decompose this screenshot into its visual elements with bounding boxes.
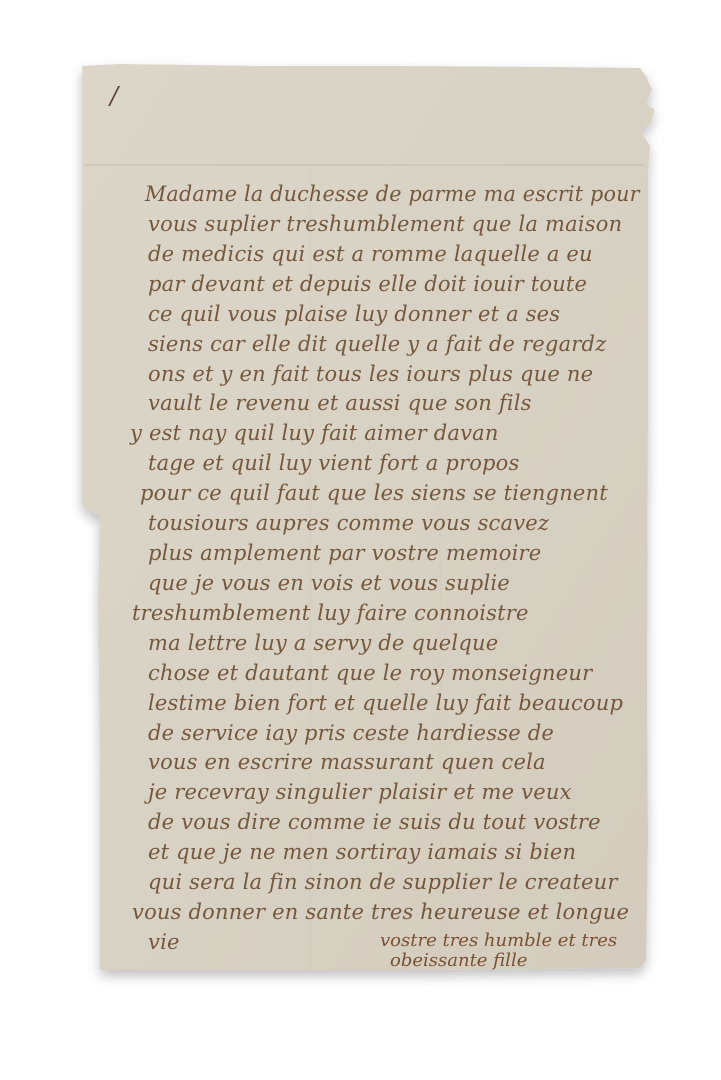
letter-line: lestime bien fort et quelle luy fait bea… [148,691,623,715]
letter-line: vous en escrire massurant quen cela [148,750,546,774]
margin-mark: / [110,82,118,110]
letter-line: de service iay pris ceste hardiesse de [148,721,554,745]
letter-line: vault le revenu et aussi que son fils [148,391,532,415]
closing-signature: obeissante fille [390,950,527,971]
letter-line: de medicis qui est a romme laquelle a eu [148,242,593,266]
letter-line: siens car elle dit quelle y a fait de re… [148,332,606,356]
letter-line: y est nay quil luy fait aimer davan [130,421,499,445]
letter-line: de vous dire comme ie suis du tout vostr… [148,810,601,834]
letter-line: vous suplier treshumblement que la maiso… [148,212,622,236]
letter-line: vie [148,930,180,954]
letter-line: qui sera la fin sinon de supplier le cre… [148,870,618,894]
letter-line: vous donner en sante tres heureuse et lo… [132,900,629,924]
letter-line: par devant et depuis elle doit iouir tou… [148,272,587,296]
letter-line: je recevray singulier plaisir et me veux [148,780,572,804]
letter-line: Madame la duchesse de parme ma escrit po… [145,182,640,206]
letter-line: treshumblement luy faire connoistre [132,601,529,625]
letter-line: chose et dautant que le roy monseigneur [148,661,592,685]
closing-line-1: vostre tres humble et tres [380,930,617,951]
letter-line: et que je ne men sortiray iamais si bien [148,840,576,864]
letter-photo: / Madame la duchesse de parme ma escrit … [0,0,721,1080]
letter-line: tousiours aupres comme vous scavez [148,511,549,535]
letter-body: / Madame la duchesse de parme ma escrit … [0,0,721,1080]
letter-line: plus amplement par vostre memoire [148,541,541,565]
letter-line: pour ce quil faut que les siens se tieng… [140,481,608,505]
letter-line: que je vous en vois et vous suplie [148,571,510,595]
letter-line: tage et quil luy vient fort a propos [148,451,520,475]
letter-line: ons et y en fait tous les iours plus que… [148,362,593,386]
letter-line: ma lettre luy a servy de quelque [148,631,498,655]
letter-line: ce quil vous plaise luy donner et a ses [148,302,560,326]
